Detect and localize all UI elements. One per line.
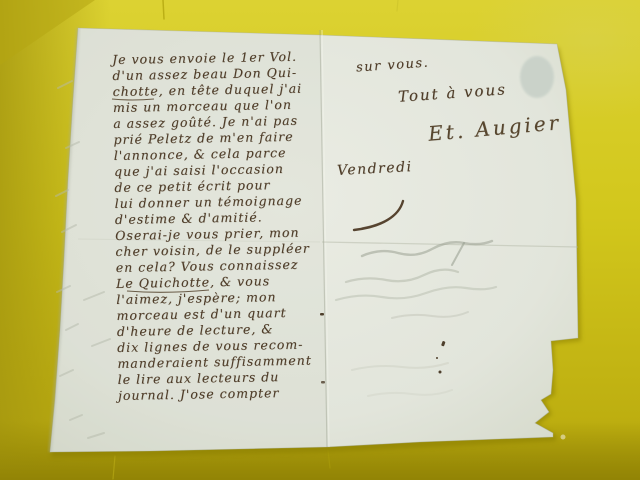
left-page-text: Je vous envoie le 1er Vol. d'un assez be… [112, 48, 326, 404]
letter-photograph: Je vous envoie le 1er Vol. d'un assez be… [0, 0, 640, 480]
seal-stain [520, 56, 554, 98]
